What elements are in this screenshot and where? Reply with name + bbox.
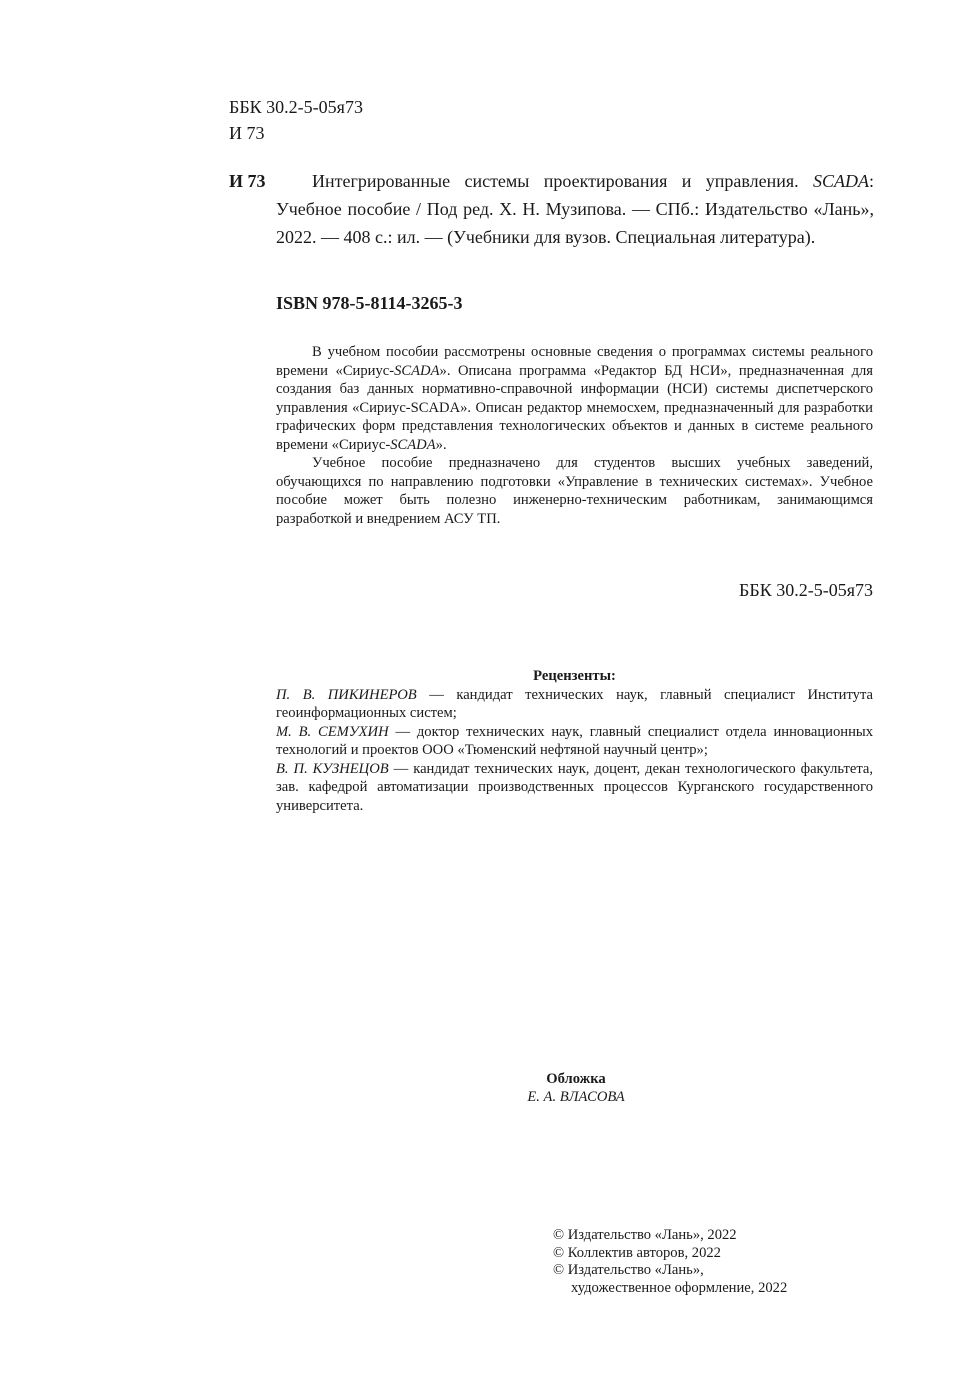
annotation-paragraph: Учебное пособие предназначено для студен… [276,454,873,528]
author-mark: И 73 [229,120,363,146]
bbk-code: ББК 30.2-5-05я73 [229,94,363,120]
bbk-code-right: ББК 30.2-5-05я73 [620,580,873,601]
annotation-paragraph: В учебном пособии рассмотрены основные с… [276,343,873,454]
reviewer-name: В. П. КУЗНЕЦОВ [276,761,389,777]
annotation: В учебном пособии рассмотрены основные с… [276,343,873,528]
reviewer-item: В. П. КУЗНЕЦОВ — кандидат технических на… [276,760,873,816]
annotation-text: ». [436,437,447,453]
reviewer-name: П. В. ПИКИНЕРОВ [276,687,417,703]
copyright-line: художественное оформление, 2022 [553,1280,787,1298]
annotation-italic: SCADA [390,437,435,453]
isbn: ISBN 978-5-8114-3265-3 [276,293,463,314]
reviewers: Рецензенты: П. В. ПИКИНЕРОВ — кандидат т… [276,667,873,815]
reviewer-item: П. В. ПИКИНЕРОВ — кандидат технических н… [276,686,873,723]
reviewers-heading: Рецензенты: [276,667,873,686]
reviewer-item: М. В. СЕМУХИН — доктор технических наук,… [276,723,873,760]
catalog-header: ББК 30.2-5-05я73 И 73 [229,94,363,146]
annotation-italic: SCADA [394,363,439,379]
cover-credit: Обложка Е. А. ВЛАСОВА [476,1070,676,1106]
copyright-line: © Издательство «Лань», 2022 [553,1227,787,1245]
copyright-line: © Коллектив авторов, 2022 [553,1245,787,1263]
copyright-line: © Издательство «Лань», [553,1262,787,1280]
copyright-block: © Издательство «Лань», 2022 © Коллектив … [553,1227,787,1297]
reviewer-name: М. В. СЕМУХИН [276,724,389,740]
entry-code: И 73 [229,167,266,195]
entry-subtitle: SCADA [813,171,869,191]
cover-label: Обложка [476,1070,676,1088]
entry-title: Интегрированные системы проектирования и… [312,171,799,191]
entry-text: Интегрированные системы проектирования и… [276,167,874,251]
cover-designer: Е. А. ВЛАСОВА [476,1088,676,1106]
bibliographic-entry: И 73 Интегрированные системы проектирова… [229,167,874,251]
